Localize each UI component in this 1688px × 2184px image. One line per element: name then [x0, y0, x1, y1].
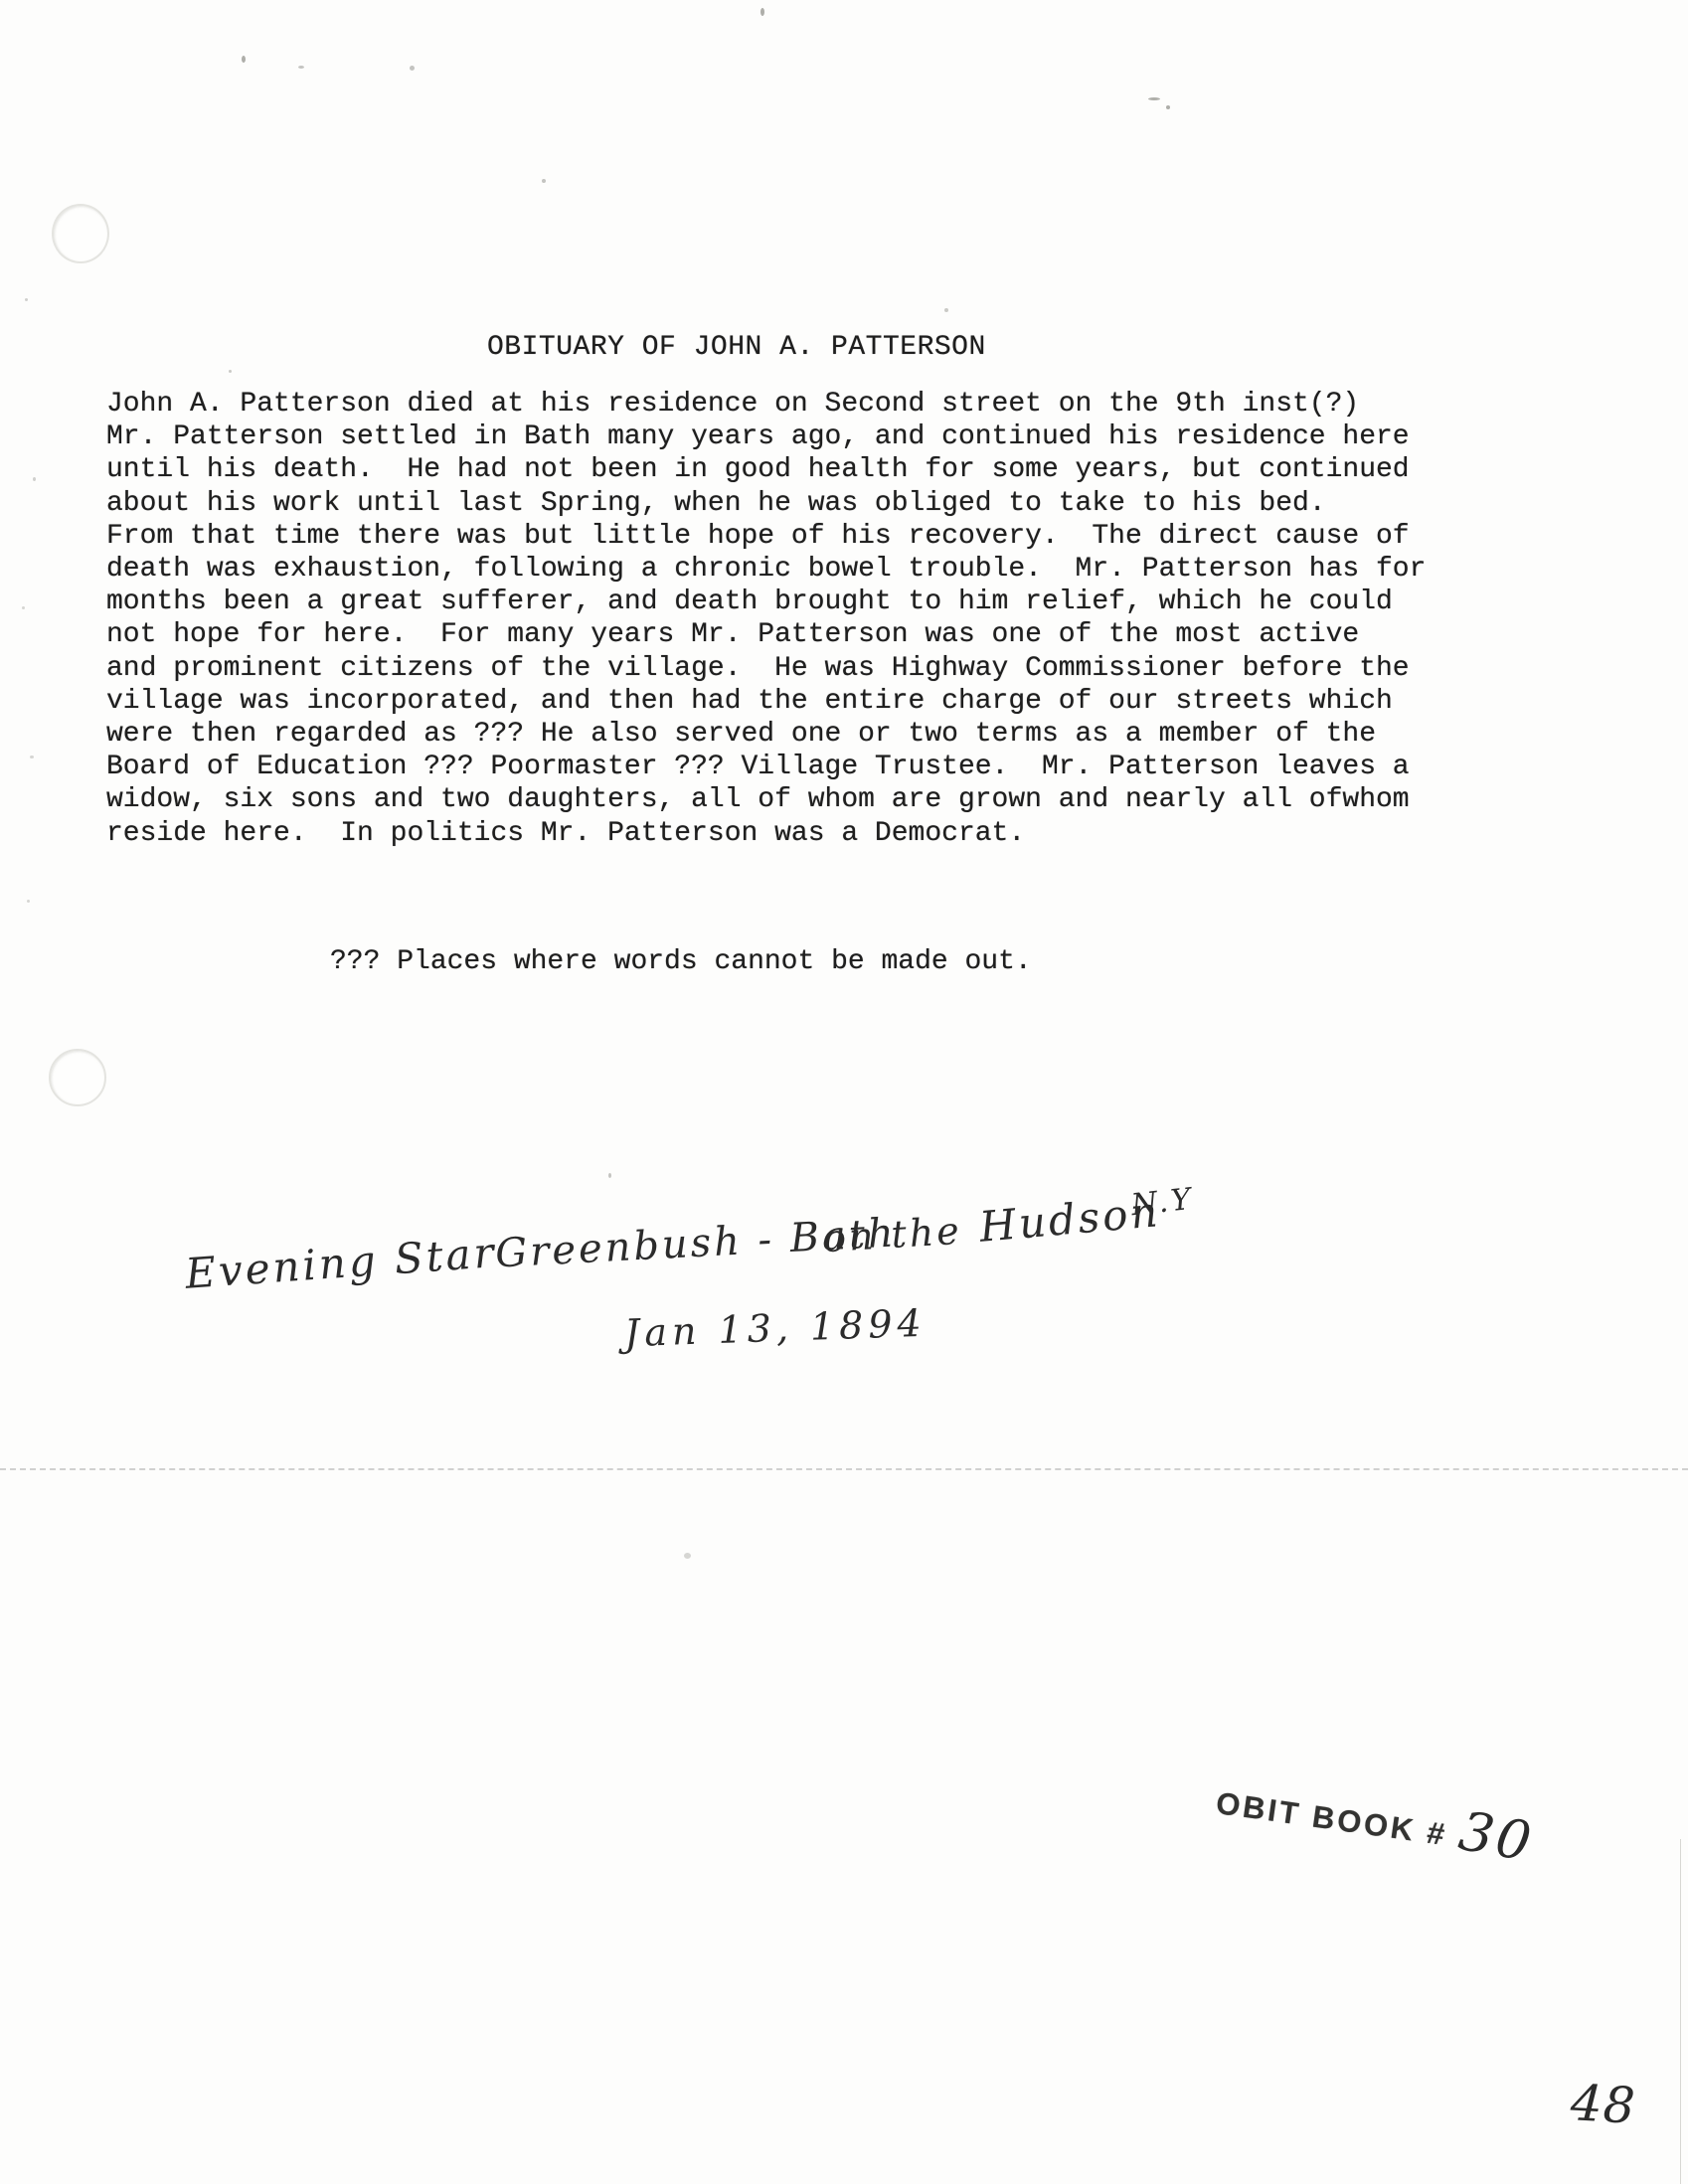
obit-book-number: 30 — [1454, 1799, 1539, 1874]
scan-edge-line — [1680, 1839, 1681, 2184]
scan-speck — [298, 66, 304, 69]
scan-speck — [27, 900, 30, 903]
obit-book-stamp: OBIT BOOK # — [1214, 1785, 1449, 1853]
text-line: widow, six sons and two daughters, all o… — [106, 783, 1578, 816]
text-line: not hope for here. For many years Mr. Pa… — [106, 618, 1578, 651]
scan-speck — [229, 370, 232, 373]
scan-speck — [542, 179, 546, 183]
text-line: reside here. In politics Mr. Patterson w… — [106, 817, 1578, 850]
document-title: OBITUARY OF JOHN A. PATTERSON — [487, 332, 986, 363]
scan-speck — [242, 56, 246, 63]
scan-speck — [30, 756, 34, 758]
fold-crease-line — [0, 1468, 1688, 1470]
scan-speck — [760, 8, 764, 16]
page-number: 48 — [1570, 2074, 1638, 2134]
text-line: months been a great sufferer, and death … — [106, 586, 1578, 618]
scan-speck — [608, 1173, 611, 1178]
text-line: village was incorporated, and then had t… — [106, 685, 1578, 718]
scan-speck — [684, 1553, 691, 1559]
scan-speck — [410, 66, 415, 71]
punch-hole-middle — [49, 1049, 106, 1106]
text-line: and prominent citizens of the village. H… — [106, 652, 1578, 685]
punch-hole-top — [52, 204, 109, 263]
text-line: were then regarded as ??? He also served… — [106, 718, 1578, 751]
scan-speck — [25, 298, 28, 301]
obituary-body: John A. Patterson died at his residence … — [106, 388, 1578, 850]
text-line: until his death. He had not been in good… — [106, 453, 1578, 486]
handwritten-date: Jan 13, 1894 — [623, 1301, 927, 1356]
text-line: John A. Patterson died at his residence … — [106, 388, 1578, 420]
text-line: From that time there was but little hope… — [106, 520, 1578, 553]
scan-speck — [1166, 105, 1170, 109]
text-line: Board of Education ??? Poormaster ??? Vi… — [106, 751, 1578, 783]
handwritten-newspaper-name: Evening Star — [184, 1228, 498, 1298]
scan-speck — [22, 606, 25, 609]
handwritten-state: N.Y — [1129, 1182, 1195, 1223]
scan-speck — [944, 308, 948, 312]
scan-speck — [1148, 97, 1160, 100]
text-line: Mr. Patterson settled in Bath many years… — [106, 420, 1578, 453]
text-line: about his work until last Spring, when h… — [106, 487, 1578, 520]
scan-speck — [33, 477, 36, 481]
legend-note: ??? Places where words cannot be made ou… — [330, 946, 1032, 977]
text-line: death was exhaustion, following a chroni… — [106, 553, 1578, 586]
scanned-obituary-page: OBITUARY OF JOHN A. PATTERSON John A. Pa… — [0, 0, 1688, 2184]
handwritten-on-the: on the — [822, 1209, 963, 1260]
